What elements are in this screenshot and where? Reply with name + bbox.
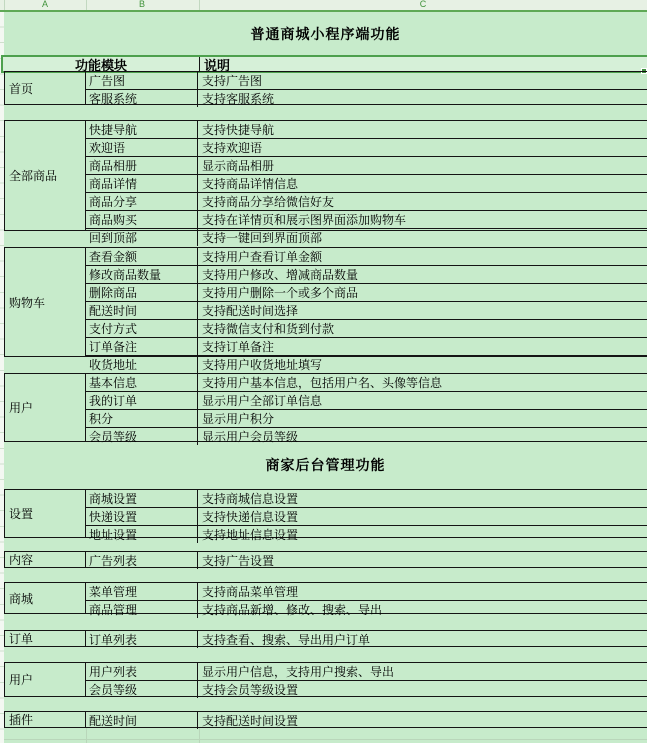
table-row: 订单备注 支持订单备注 [86,337,647,355]
description-cell[interactable]: 支持商城信息设置 [198,490,647,507]
description-cell[interactable]: 支持广告设置 [198,552,647,569]
feature-cell[interactable]: 商品详情 [86,175,198,192]
feature-cell[interactable]: 广告图 [86,72,198,89]
table-row: 支付方式 支持微信支付和货到付款 [86,319,647,337]
column-divider[interactable] [199,0,200,10]
feature-cell[interactable]: 订单列表 [86,631,198,648]
table-row: 快递设置 支持快递信息设置 [86,507,647,525]
table-row: 广告图 支持广告图 [86,72,647,89]
description-cell[interactable]: 支持用户查看订单金额 [198,248,647,265]
description-cell[interactable]: 支持微信支付和货到付款 [198,320,647,337]
feature-cell[interactable]: 商品分享 [86,193,198,210]
column-header-b[interactable]: B [139,0,145,9]
feature-cell[interactable]: 基本信息 [86,374,198,391]
table-row: 配送时间 支持配送时间设置 [86,712,647,729]
description-cell[interactable]: 支持用户修改、增减商品数量 [198,266,647,283]
section-content: 内容 广告列表 支持广告设置 [4,551,647,568]
feature-cell[interactable]: 商品相册 [86,157,198,174]
feature-cell[interactable]: 广告列表 [86,552,198,569]
description-cell[interactable]: 显示用户会员等级 [198,428,647,445]
feature-cell[interactable]: 查看金额 [86,248,198,265]
gridline [199,728,200,743]
section-cart: 购物车 查看金额 支持用户查看订单金额 修改商品数量 支持用户修改、增减商品数量… [4,247,647,357]
description-cell[interactable]: 支持客服系统 [198,90,647,107]
table-row: 查看金额 支持用户查看订单金额 [86,248,647,265]
table-row: 订单列表 支持查看、搜索、导出用户订单 [86,631,647,648]
section-rows: 基本信息 支持用户基本信息，包括用户名、头像等信息 我的订单 显示用户全部订单信… [86,374,647,441]
feature-cell[interactable]: 配送时间 [86,302,198,319]
description-cell[interactable]: 支持用户删除一个或多个商品 [198,284,647,301]
description-cell[interactable]: 支持用户基本信息，包括用户名、头像等信息 [198,374,647,391]
feature-cell[interactable]: 积分 [86,410,198,427]
feature-cell[interactable]: 配送时间 [86,712,198,729]
module-group-cell[interactable]: 内容 [5,552,86,567]
module-group-cell[interactable]: 插件 [5,712,86,727]
feature-cell[interactable]: 客服系统 [86,90,198,107]
table-row: 积分 显示用户积分 [86,409,647,427]
table-row: 我的订单 显示用户全部订单信息 [86,391,647,409]
section-rows: 广告图 支持广告图 客服系统 支持客服系统 [86,72,647,104]
table-row: 会员等级 显示用户会员等级 [86,427,647,445]
section-rows: 订单列表 支持查看、搜索、导出用户订单 [86,631,647,646]
feature-cell[interactable]: 快递设置 [86,508,198,525]
section-rows: 商城设置 支持商城信息设置 快递设置 支持快递信息设置 地址设置 支持地址信息设… [86,490,647,537]
feature-cell[interactable]: 订单备注 [86,338,198,355]
section-users: 用户 用户列表 显示用户信息，支持用户搜索、导出 会员等级 支持会员等级设置 [4,662,647,697]
section-mall: 商城 菜单管理 支持商品菜单管理 商品管理 支持商品新增、修改、搜索、导出 [4,582,647,614]
column-header-c[interactable]: C [420,0,427,9]
module-group-cell[interactable]: 全部商品 [5,121,86,230]
feature-cell[interactable]: 删除商品 [86,284,198,301]
table-row: 客服系统 支持客服系统 [86,89,647,107]
description-cell[interactable]: 支持快捷导航 [198,121,647,138]
feature-cell[interactable]: 快捷导航 [86,121,198,138]
description-cell[interactable]: 支持配送时间选择 [198,302,647,319]
section-rows: 查看金额 支持用户查看订单金额 修改商品数量 支持用户修改、增减商品数量 删除商… [86,248,647,356]
feature-cell[interactable]: 回到顶部 [86,229,198,246]
module-group-cell[interactable]: 订单 [5,631,86,646]
feature-cell[interactable]: 地址设置 [86,526,198,543]
description-cell[interactable]: 支持用户收货地址填写 [198,356,647,373]
table-row: 配送时间 支持配送时间选择 [86,301,647,319]
section-home: 首页 广告图 支持广告图 客服系统 支持客服系统 [4,71,647,105]
table-row: 删除商品 支持用户删除一个或多个商品 [86,283,647,301]
description-cell[interactable]: 支持查看、搜索、导出用户订单 [198,631,647,648]
module-group-cell[interactable]: 首页 [5,72,86,104]
description-cell[interactable]: 显示用户信息，支持用户搜索、导出 [198,663,647,680]
description-cell[interactable]: 支持商品详情信息 [198,175,647,192]
table-row: 用户列表 显示用户信息，支持用户搜索、导出 [86,663,647,680]
table-row: 商品分享 支持商品分享给微信好友 [86,192,647,210]
table-row: 会员等级 支持会员等级设置 [86,680,647,698]
feature-cell[interactable]: 会员等级 [86,428,198,445]
table-row: 地址设置 支持地址信息设置 [86,525,647,543]
table-row: 欢迎语 支持欢迎语 [86,138,647,156]
table-row: 基本信息 支持用户基本信息，包括用户名、头像等信息 [86,374,647,391]
description-cell[interactable]: 显示商品相册 [198,157,647,174]
description-cell[interactable]: 显示用户积分 [198,410,647,427]
description-cell[interactable]: 支持订单备注 [198,338,647,355]
module-group-cell[interactable]: 商城 [5,583,86,613]
section-settings: 设置 商城设置 支持商城信息设置 快递设置 支持快递信息设置 地址设置 支持地址… [4,489,647,538]
table-row: 修改商品数量 支持用户修改、增减商品数量 [86,265,647,283]
gridline [86,728,87,743]
section-orders: 订单 订单列表 支持查看、搜索、导出用户订单 [4,630,647,647]
section-rows: 用户列表 显示用户信息，支持用户搜索、导出 会员等级 支持会员等级设置 [86,663,647,696]
description-cell[interactable]: 支持会员等级设置 [198,681,647,698]
table-row: 菜单管理 支持商品菜单管理 [86,583,647,600]
description-cell[interactable]: 支持广告图 [198,72,647,89]
description-cell[interactable]: 支持商品分享给微信好友 [198,193,647,210]
feature-cell[interactable]: 修改商品数量 [86,266,198,283]
table-row: 商品管理 支持商品新增、修改、搜索、导出 [86,600,647,618]
description-cell[interactable]: 支持商品新增、修改、搜索、导出 [198,601,647,618]
table-row: 商品购买 支持在详情页和展示图界面添加购物车 [86,210,647,228]
header-cell-description[interactable]: 说明 [200,57,647,71]
feature-cell[interactable]: 欢迎语 [86,139,198,156]
table-row: 商品相册 显示商品相册 [86,156,647,174]
feature-cell[interactable]: 商品管理 [86,601,198,618]
column-header-a[interactable]: A [42,0,48,9]
table-row: 商城设置 支持商城信息设置 [86,490,647,507]
feature-cell[interactable]: 支付方式 [86,320,198,337]
table-row: 回到顶部 支持一键回到界面顶部 [86,228,647,246]
column-divider[interactable] [86,0,87,10]
table-row: 快捷导航 支持快捷导航 [86,121,647,138]
section-rows: 广告列表 支持广告设置 [86,552,647,567]
table-row: 商品详情 支持商品详情信息 [86,174,647,192]
description-cell[interactable]: 支持欢迎语 [198,139,647,156]
table-row: 收货地址 支持用户收货地址填写 [86,355,647,373]
table-row: 广告列表 支持广告设置 [86,552,647,569]
module-group-cell[interactable]: 用户 [5,663,86,696]
title-admin-features[interactable]: 商家后台管理功能 [4,440,647,489]
spreadsheet: A B C 普通商城小程序端功能 功能模块 说明 商家后台管理功能 首页 广告图… [0,0,647,743]
section-rows: 菜单管理 支持商品菜单管理 商品管理 支持商品新增、修改、搜索、导出 [86,583,647,613]
section-all-products: 全部商品 快捷导航 支持快捷导航 欢迎语 支持欢迎语 商品相册 显示商品相册 商… [4,120,647,231]
column-divider [4,0,5,10]
gridline [4,739,647,740]
feature-cell[interactable]: 我的订单 [86,392,198,409]
description-cell[interactable]: 支持快递信息设置 [198,508,647,525]
description-cell[interactable]: 支持一键回到界面顶部 [198,229,647,246]
description-cell[interactable]: 支持地址信息设置 [198,526,647,543]
description-cell[interactable]: 支持在详情页和展示图界面添加购物车 [198,211,647,228]
feature-cell[interactable]: 用户列表 [86,663,198,680]
column-header-strip: A B C [0,0,647,10]
module-group-cell[interactable]: 购物车 [5,248,86,356]
description-cell[interactable]: 支持配送时间设置 [198,712,647,729]
feature-cell[interactable]: 菜单管理 [86,583,198,600]
header-cell-module[interactable]: 功能模块 [3,57,200,71]
module-group-cell[interactable]: 用户 [5,374,86,441]
feature-cell[interactable]: 商品购买 [86,211,198,228]
feature-cell[interactable]: 收货地址 [86,356,198,373]
feature-cell[interactable]: 商城设置 [86,490,198,507]
section-rows: 配送时间 支持配送时间设置 [86,712,647,727]
title-client-features[interactable]: 普通商城小程序端功能 [4,12,647,56]
section-user: 用户 基本信息 支持用户基本信息，包括用户名、头像等信息 我的订单 显示用户全部… [4,373,647,442]
description-cell[interactable]: 支持商品菜单管理 [198,583,647,600]
section-plugins: 插件 配送时间 支持配送时间设置 [4,711,647,728]
module-group-cell[interactable]: 设置 [5,490,86,537]
description-cell[interactable]: 显示用户全部订单信息 [198,392,647,409]
feature-cell[interactable]: 会员等级 [86,681,198,698]
section-rows: 快捷导航 支持快捷导航 欢迎语 支持欢迎语 商品相册 显示商品相册 商品详情 支… [86,121,647,230]
